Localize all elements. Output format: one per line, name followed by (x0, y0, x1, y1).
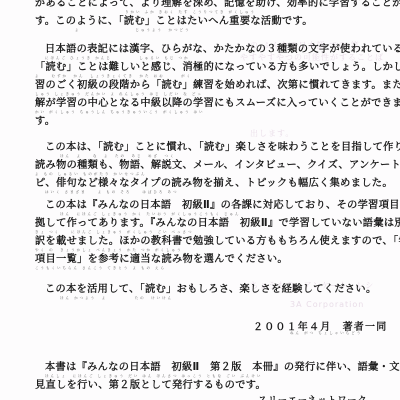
furigana: きょ つく にほんご しょきゅう がくしゅう ごい べっさつ (35, 230, 194, 235)
furigana: やく の きょうかしょ べんきょう かた つか がくしゅう (35, 248, 183, 253)
furigana: よ もの しゅるい ものがたり かいせつぶん (35, 172, 146, 177)
furigana: りかい ふか きおく たす こうりつてき がくしゅう (125, 10, 256, 15)
paragraph-5-line-1: この本を活用して、「読む」おもしろさ、楽しさを経験してください。 (45, 284, 376, 296)
bleed-through-text: 3A Corporation (290, 300, 364, 309)
paragraph-2-line-2: 「読む」ことは難しいと感じ、消極的になっている方も多いでしょう。しかし、学 (35, 62, 400, 74)
furigana: はいく さまざま よ もの そろ はばひろ あつ (45, 190, 178, 195)
paragraph-3-line-1: この本は、「読む」ことに慣れ、「読む」楽しさを味わうことを目指して作りました。 (45, 142, 400, 154)
edition-note-line-2: 見直しを行い、第２版として発行するものです。 (35, 380, 266, 392)
publisher-name: スリーエーネットワーク (258, 393, 368, 400)
furigana: よ むずか かん しょうきょくてき かた おお がく (35, 74, 192, 79)
furigana: しゅう しょきゅう だんかい よ れんしゅう はじ しだい な どっ (35, 92, 203, 97)
furigana: こうもくいちらん さんこう てきとう よ もの えら (35, 266, 166, 271)
document-page: の ふんなの日本語 での 第 やすやすやつの可能性がすることば 出します。 ちょ… (0, 0, 400, 400)
paragraph-3-line-2: 読み物の種類も、物語、解説文、メール、インタビュー、クイズ、アンケート、レシ (35, 160, 400, 172)
furigana: ほん かつよう よ たの けいけん (60, 296, 173, 301)
paragraph-2-line-3: 習のごく初級の段階から「読む」練習を始めれば、次第に慣れてきます。また、読 (35, 80, 400, 92)
furigana: よ じゅうよう かつどう (75, 28, 191, 33)
bleed-through-text: 出します。 (250, 128, 294, 139)
paragraph-1-line-1: があることによって、より理解を深め、記憶を助け、効率的に学習することができま (35, 0, 400, 10)
furigana: ほんしょ にほんご しょきゅう だい はん ほんさつ はっこう ともな ごい ぶ… (45, 374, 262, 379)
paragraph-2-line-1: 日本語の表記には漢字、ひらがな、かたかなの３種類の文字が使われているため、 (45, 44, 400, 56)
paragraph-4-line-1: この本は『みんなの日本語 初級Ⅱ』の各課に対応しており、その学習項目に準 (45, 200, 400, 212)
edition-note-line-1: 本書は『みんなの日本語 初級Ⅱ 第２版 本冊』の発行に伴い、語彙・文型の (45, 362, 400, 374)
paragraph-3-line-3: ピ、俳句など様々なタイプの読み物を揃え、トピックも幅広く集めました。 (35, 178, 393, 190)
furigana: にほんご ひょうき かんじ しゅるい もじ つか (45, 56, 189, 61)
furigana: ほん よ な よ たの あじ めざ つく (60, 154, 176, 159)
paragraph-4-line-4: 項目一覧」を参考に適当な読み物を選んでください。 (35, 254, 288, 266)
furigana: ねん がつ ちょしゃいちどう (290, 331, 362, 336)
furigana: ほん にほんご しょきゅう かく たいおう がくしゅうこうもく じゅん (60, 212, 241, 217)
paragraph-2-line-5: す。 (35, 116, 55, 128)
paragraph-4-line-3: 訳を載せました。ほかの教科書で勉強している方ももちろん使えますので、「学習 (35, 236, 400, 248)
paragraph-2-line-4: 解が学習の中心となる中級以降の学習にもスムーズに入っていくことができま (35, 98, 400, 110)
paragraph-4-line-2: 拠して作ってあります。『みんなの日本語 初級Ⅱ』で学習していない語彙は別冊に (35, 218, 400, 230)
paragraph-1-line-2: す。このように、「読む」ことはたいへん重要な活動です。 (35, 16, 313, 28)
furigana: かい がくしゅう ちゅうしん ちゅうきゅういこう がくしゅう はい (35, 110, 205, 115)
